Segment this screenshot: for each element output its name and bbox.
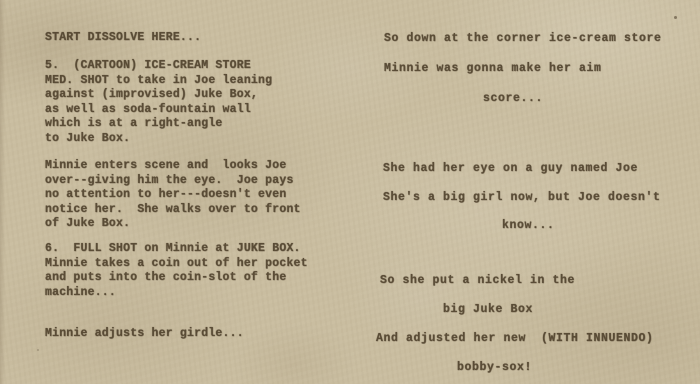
lyric-line: score... (384, 84, 662, 114)
script-direction-line: MED. SHOT to take in Joe leaning (45, 74, 272, 89)
script-direction-line: START DISSOLVE HERE... (45, 31, 201, 46)
script-direction-line: no attention to her---doesn't even (45, 188, 301, 203)
lyric-stanza-2: She had her eye on a guy named Joe She's… (383, 155, 661, 241)
ink-speck (674, 16, 677, 19)
script-page: START DISSOLVE HERE... 5. (CARTOON) ICE-… (0, 0, 700, 384)
script-direction-line: to Juke Box. (45, 132, 272, 147)
lyric-line: So she put a nickel in the (376, 266, 654, 295)
lyric-stanza-3: So she put a nickel in the big Juke Box … (376, 266, 654, 382)
script-direction-line: against (improvised) Juke Box, (45, 88, 272, 103)
lyric-stanza-1: So down at the corner ice-cream store Mi… (384, 24, 662, 114)
script-direction-line: as well as soda-fountain wall (45, 103, 272, 118)
scan-edge-shadow (0, 0, 5, 384)
script-direction-line: notice her. She walks over to front (45, 203, 301, 218)
direction-block-start-dissolve: START DISSOLVE HERE... (45, 31, 201, 46)
direction-block-minnie-enters: Minnie enters scene and looks Joe over--… (45, 159, 301, 232)
direction-block-scene-6: 6. FULL SHOT on Minnie at JUKE BOX. Minn… (45, 242, 308, 300)
lyric-line: She's a big girl now, but Joe doesn't (383, 184, 661, 213)
script-direction-line: over--giving him the eye. Joe pays (45, 174, 301, 189)
direction-block-scene-5: 5. (CARTOON) ICE-CREAM STORE MED. SHOT t… (45, 59, 272, 146)
script-direction-line: Minnie adjusts her girdle... (45, 327, 244, 342)
script-direction-line: Minnie takes a coin out of her pocket (45, 257, 308, 272)
lyric-line: know... (383, 212, 661, 241)
lyric-line: bobby-sox! (376, 353, 654, 382)
lyric-line: Minnie was gonna make her aim (384, 54, 662, 84)
lyric-line: big Juke Box (376, 295, 654, 324)
script-direction-line: and puts into the coin-slot of the (45, 271, 308, 286)
script-direction-line: 5. (CARTOON) ICE-CREAM STORE (45, 59, 272, 74)
script-direction-line: machine... (45, 286, 308, 301)
script-direction-line: of Juke Box. (45, 217, 301, 232)
script-direction-line: Minnie enters scene and looks Joe (45, 159, 301, 174)
script-direction-line: which is at a right-angle (45, 117, 272, 132)
script-direction-line: 6. FULL SHOT on Minnie at JUKE BOX. (45, 242, 308, 257)
lyric-line: So down at the corner ice-cream store (384, 24, 662, 54)
lyric-line: And adjusted her new (WITH INNUENDO) (376, 324, 654, 353)
lyric-line: She had her eye on a guy named Joe (383, 155, 661, 184)
ink-speck (37, 349, 39, 351)
direction-block-girdle: Minnie adjusts her girdle... (45, 327, 244, 342)
